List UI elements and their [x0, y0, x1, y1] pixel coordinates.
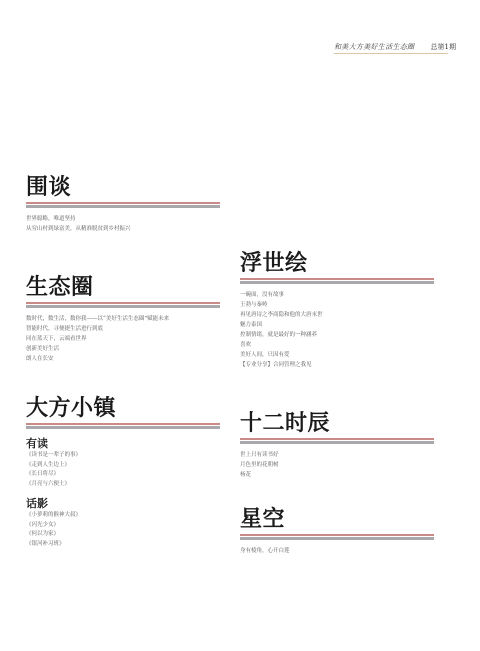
article-link[interactable]: 再见唐诗之李商隐和他的大唐末世: [240, 310, 434, 320]
article-link[interactable]: 世上只有读书好: [240, 450, 434, 460]
article-link[interactable]: 《长日将尽》: [26, 470, 220, 480]
section-divider: [240, 438, 434, 444]
subsection-heading-youdu: 有读: [26, 437, 220, 451]
article-link[interactable]: 《月亮与六便士》: [26, 480, 220, 490]
section-divider: [240, 278, 434, 284]
section-divider: [240, 534, 434, 540]
article-list: 世上只有读书好 月色里的花朝树 杨花: [240, 450, 434, 480]
article-link[interactable]: 一碗面，没有故事: [240, 290, 434, 300]
section-dafang: 大方小镇 有读 《读书是一辈子的事》 《走到人生边上》 《长日将尽》 《月亮与六…: [26, 395, 220, 549]
article-link[interactable]: 创新美好生活: [26, 344, 220, 354]
section-shengtaiquan: 生态圈 数时代，数生活，数你我——以“美好生活生态圈”赋能未来 智能时代，寻便捷…: [26, 274, 220, 364]
article-link[interactable]: 从穷山村到绿富美，从精准脱贫到乡村振兴: [26, 224, 220, 234]
article-link[interactable]: 世界聪略，唯道坚持: [26, 214, 220, 224]
article-link[interactable]: 王勃与秦岭: [240, 300, 434, 310]
article-link[interactable]: 同在蓝天下，云端看世界: [26, 334, 220, 344]
article-link[interactable]: 杨花: [240, 470, 434, 480]
article-link[interactable]: 【专业分享】合同管理之我见: [240, 360, 434, 370]
section-heading: 生态圈: [26, 274, 220, 300]
section-heading: 星空: [240, 506, 434, 532]
page-header: 和美大方美好生活生态圈 总第1期: [334, 40, 470, 58]
subsection-heading-huaying: 话影: [26, 497, 220, 511]
article-link[interactable]: 美好人间，只因有爱: [240, 350, 434, 360]
article-link[interactable]: 数时代，数生活，数你我——以“美好生活生态圈”赋能未来: [26, 314, 220, 324]
article-list: 身有棱角，心开白莲: [240, 546, 434, 556]
section-weitan: 围谈 世界聪略，唯道坚持 从穷山村到绿富美，从精准脱贫到乡村振兴: [26, 174, 220, 234]
article-link[interactable]: 《银河补习班》: [26, 540, 220, 550]
article-link[interactable]: 智能时代，寻便捷生活进行到底: [26, 324, 220, 334]
article-link[interactable]: 《何以为家》: [26, 530, 220, 540]
article-list: 一碗面，没有故事 王勃与秦岭 再见唐诗之李商隐和他的大唐末世 魅力泰国 控制情绪…: [240, 290, 434, 370]
article-list: 《小萝莉的猴神大叔》 《闪光少女》 《何以为家》 《银河补习班》: [26, 511, 220, 549]
issue-number: 总第1期: [431, 42, 456, 52]
magazine-title: 和美大方美好生活生态圈: [334, 42, 414, 52]
section-heading: 浮世绘: [240, 250, 434, 276]
article-list: 世界聪略，唯道坚持 从穷山村到绿富美，从精准脱贫到乡村振兴: [26, 214, 220, 234]
article-link[interactable]: 月色里的花朝树: [240, 460, 434, 470]
article-link[interactable]: 《走到人生边上》: [26, 461, 220, 471]
section-divider: [26, 423, 220, 429]
article-list: 《读书是一辈子的事》 《走到人生边上》 《长日将尽》 《月亮与六便士》: [26, 451, 220, 489]
section-heading: 围谈: [26, 174, 220, 200]
article-link[interactable]: 喜欢: [240, 340, 434, 350]
header-rule: [334, 53, 448, 54]
section-divider: [26, 302, 220, 308]
section-xingkong: 星空 身有棱角，心开白莲: [240, 506, 434, 556]
section-shierschichen: 十二时辰 世上只有读书好 月色里的花朝树 杨花: [240, 410, 434, 480]
section-heading: 大方小镇: [26, 395, 220, 421]
article-link[interactable]: 控制情绪，就是最好的一种涵养: [240, 330, 434, 340]
section-heading: 十二时辰: [240, 410, 434, 436]
article-link[interactable]: 身有棱角，心开白莲: [240, 546, 434, 556]
article-link[interactable]: 《小萝莉的猴神大叔》: [26, 511, 220, 521]
article-link[interactable]: 《闪光少女》: [26, 521, 220, 531]
section-fushihui: 浮世绘 一碗面，没有故事 王勃与秦岭 再见唐诗之李商隐和他的大唐末世 魅力泰国 …: [240, 250, 434, 370]
section-divider: [26, 202, 220, 208]
article-list: 数时代，数生活，数你我——以“美好生活生态圈”赋能未来 智能时代，寻便捷生活进行…: [26, 314, 220, 364]
article-link[interactable]: 朗人在长安: [26, 354, 220, 364]
article-link[interactable]: 《读书是一辈子的事》: [26, 451, 220, 461]
article-link[interactable]: 魅力泰国: [240, 320, 434, 330]
